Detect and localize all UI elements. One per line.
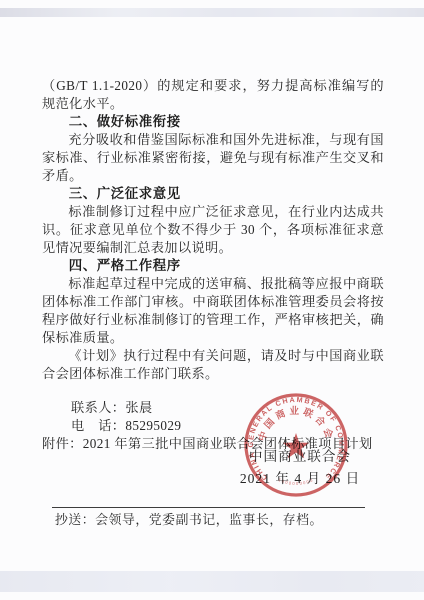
paragraph-section-4: 标准起草过程中完成的送审稿、报批稿等应报中商联团体标准工作部门审核。中商联团体标… (42, 275, 384, 347)
paragraph-section-3: 标准制修订过程中应广泛征求意见，在行业内达成共识。征求意见单位个数不得少于 30… (42, 203, 384, 257)
contact-phone: 电 话：85295029 (71, 417, 384, 435)
section-heading-3: 三、广泛征求意见 (42, 185, 384, 203)
paragraph-closing: 《计划》执行过程中有关问题，请及时与中国商业联合会团体标准工作部门联系。 (42, 347, 384, 383)
contact-block: 联系人：张晨 电 话：85295029 (42, 399, 384, 435)
signature-block: 中国商业联合会 2021 年 4 月 26 日 (222, 446, 378, 490)
signature-date: 2021 年 4 月 26 日 (222, 468, 378, 490)
scanned-document-page: （GB/T 1.1-2020）的规定和要求，努力提高标准编写的规范化水平。 二、… (0, 0, 424, 600)
scan-artifact-top (0, 8, 424, 17)
paragraph-intro-continuation: （GB/T 1.1-2020）的规定和要求，努力提高标准编写的规范化水平。 (42, 77, 384, 113)
cc-distribution-line: 抄送：会领导，党委副书记，监事长，存档。 (55, 511, 385, 529)
contact-person: 联系人：张晨 (71, 399, 384, 417)
section-heading-2: 二、做好标准衔接 (42, 113, 384, 131)
footer-divider-line (52, 507, 365, 508)
document-body: （GB/T 1.1-2020）的规定和要求，努力提高标准编写的规范化水平。 二、… (42, 77, 384, 453)
signature-org-name: 中国商业联合会 (222, 446, 378, 468)
scan-artifact-bottom (0, 571, 424, 592)
section-heading-4: 四、严格工作程序 (42, 257, 384, 275)
paragraph-section-2: 充分吸收和借鉴国际标准和国外先进标准，与现有国家标准、行业标准紧密衔接，避免与现… (42, 131, 384, 185)
